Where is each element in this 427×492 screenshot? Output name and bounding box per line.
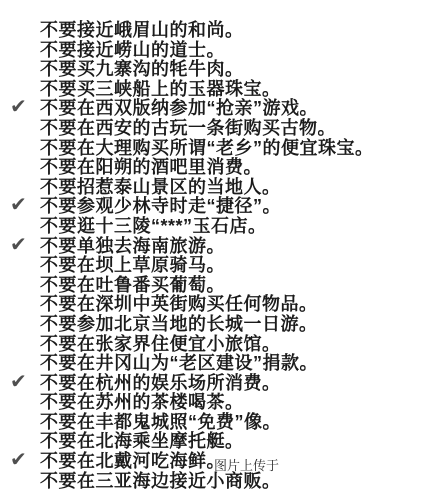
list-item-text: 不要在吐鲁番买葡萄。 [40, 275, 225, 295]
list-item: 不要在阳朔的酒吧里消费。 [0, 158, 427, 178]
check-icon: ✔ [10, 236, 27, 256]
list-item: 不要在西安的古玩一条街购买古物。 [0, 119, 427, 139]
list-item-text: 不要在坝上草原骑马。 [40, 255, 225, 275]
list-item-text: 不要在阳朔的酒吧里消费。 [40, 157, 262, 177]
list-item-text: 不要招惹泰山景区的当地人。 [40, 177, 281, 197]
list-item: ✔不要在西双版纳参加“抢亲”游戏。 [0, 99, 427, 119]
list-item: 不要接近峨眉山的和尚。 [0, 21, 427, 41]
list-item: 不要在深圳中英街购买任何物品。 [0, 295, 427, 315]
list-item-text: 不要在丰都鬼城照“免费”像。 [40, 412, 281, 432]
list-item-text: 不要参观少林寺时走“捷径”。 [40, 196, 281, 216]
list-item: 不要在坝上草原骑马。 [0, 256, 427, 276]
list-item: 不要在丰都鬼城照“免费”像。 [0, 413, 427, 433]
list-item-text: 不要在西安的古玩一条街购买古物。 [40, 118, 336, 138]
list-item-text: 不要在北海乘坐摩托艇。 [40, 431, 244, 451]
check-icon: ✔ [10, 451, 27, 471]
list-item: ✔不要单独去海南旅游。 [0, 237, 427, 257]
list-item-text: 不要在西双版纳参加“抢亲”游戏。 [40, 98, 318, 118]
list-item: 不要在张家界住便宜小旅馆。 [0, 335, 427, 355]
list-item: 不要在苏州的茶楼喝茶。 [0, 393, 427, 413]
list-item-text: 不要买九寨沟的牦牛肉。 [40, 59, 244, 79]
page: 不要接近峨眉山的和尚。不要接近崂山的道士。不要买九寨沟的牦牛肉。不要买三峡船上的… [0, 0, 427, 492]
check-icon: ✔ [10, 98, 27, 118]
list-item: 不要在井冈山为“老区建设”捐款。 [0, 354, 427, 374]
list-item: 不要招惹泰山景区的当地人。 [0, 178, 427, 198]
list-item-text: 不要买三峡船上的玉器珠宝。 [40, 79, 281, 99]
list-item-text: 不要在井冈山为“老区建设”捐款。 [40, 353, 318, 373]
check-icon: ✔ [10, 373, 27, 393]
list-item: ✔不要参观少林寺时走“捷径”。 [0, 197, 427, 217]
list-item-text: 不要在深圳中英街购买任何物品。 [40, 294, 318, 314]
list-item-text: 不要在北戴河吃海鲜。 [40, 451, 225, 471]
list-item: 不要在吐鲁番买葡萄。 [0, 276, 427, 296]
list-item-text: 不要接近峨眉山的和尚。 [40, 20, 244, 40]
list-item: 不要在三亚海边接近小商贩。 [0, 472, 427, 492]
list-item-text: 不要单独去海南旅游。 [40, 236, 225, 256]
list-item: 不要买三峡船上的玉器珠宝。 [0, 80, 427, 100]
list-item: 不要在大理购买所谓“老乡”的便宜珠宝。 [0, 139, 427, 159]
list-item-text: 不要接近崂山的道士。 [40, 40, 225, 60]
list-item: 不要接近崂山的道士。 [0, 41, 427, 61]
list-item-text: 不要在杭州的娱乐场所消费。 [40, 373, 281, 393]
list-item-text: 不要在张家界住便宜小旅馆。 [40, 334, 281, 354]
list-item-text: 不要在大理购买所谓“老乡”的便宜珠宝。 [40, 138, 374, 158]
watermark-text: 图片上传于 [214, 455, 279, 474]
list-item: ✔不要在杭州的娱乐场所消费。 [0, 374, 427, 394]
list-item: 不要参加北京当地的长城一日游。 [0, 315, 427, 335]
list-item: 不要逛十三陵“***”玉石店。 [0, 217, 427, 237]
list-item-text: 不要逛十三陵“***”玉石店。 [40, 216, 267, 236]
checklist: 不要接近峨眉山的和尚。不要接近崂山的道士。不要买九寨沟的牦牛肉。不要买三峡船上的… [0, 21, 427, 491]
list-item: 不要买九寨沟的牦牛肉。 [0, 60, 427, 80]
list-item: 不要在北海乘坐摩托艇。 [0, 432, 427, 452]
list-item-text: 不要参加北京当地的长城一日游。 [40, 314, 318, 334]
list-item-text: 不要在苏州的茶楼喝茶。 [40, 392, 244, 412]
check-icon: ✔ [10, 196, 27, 216]
